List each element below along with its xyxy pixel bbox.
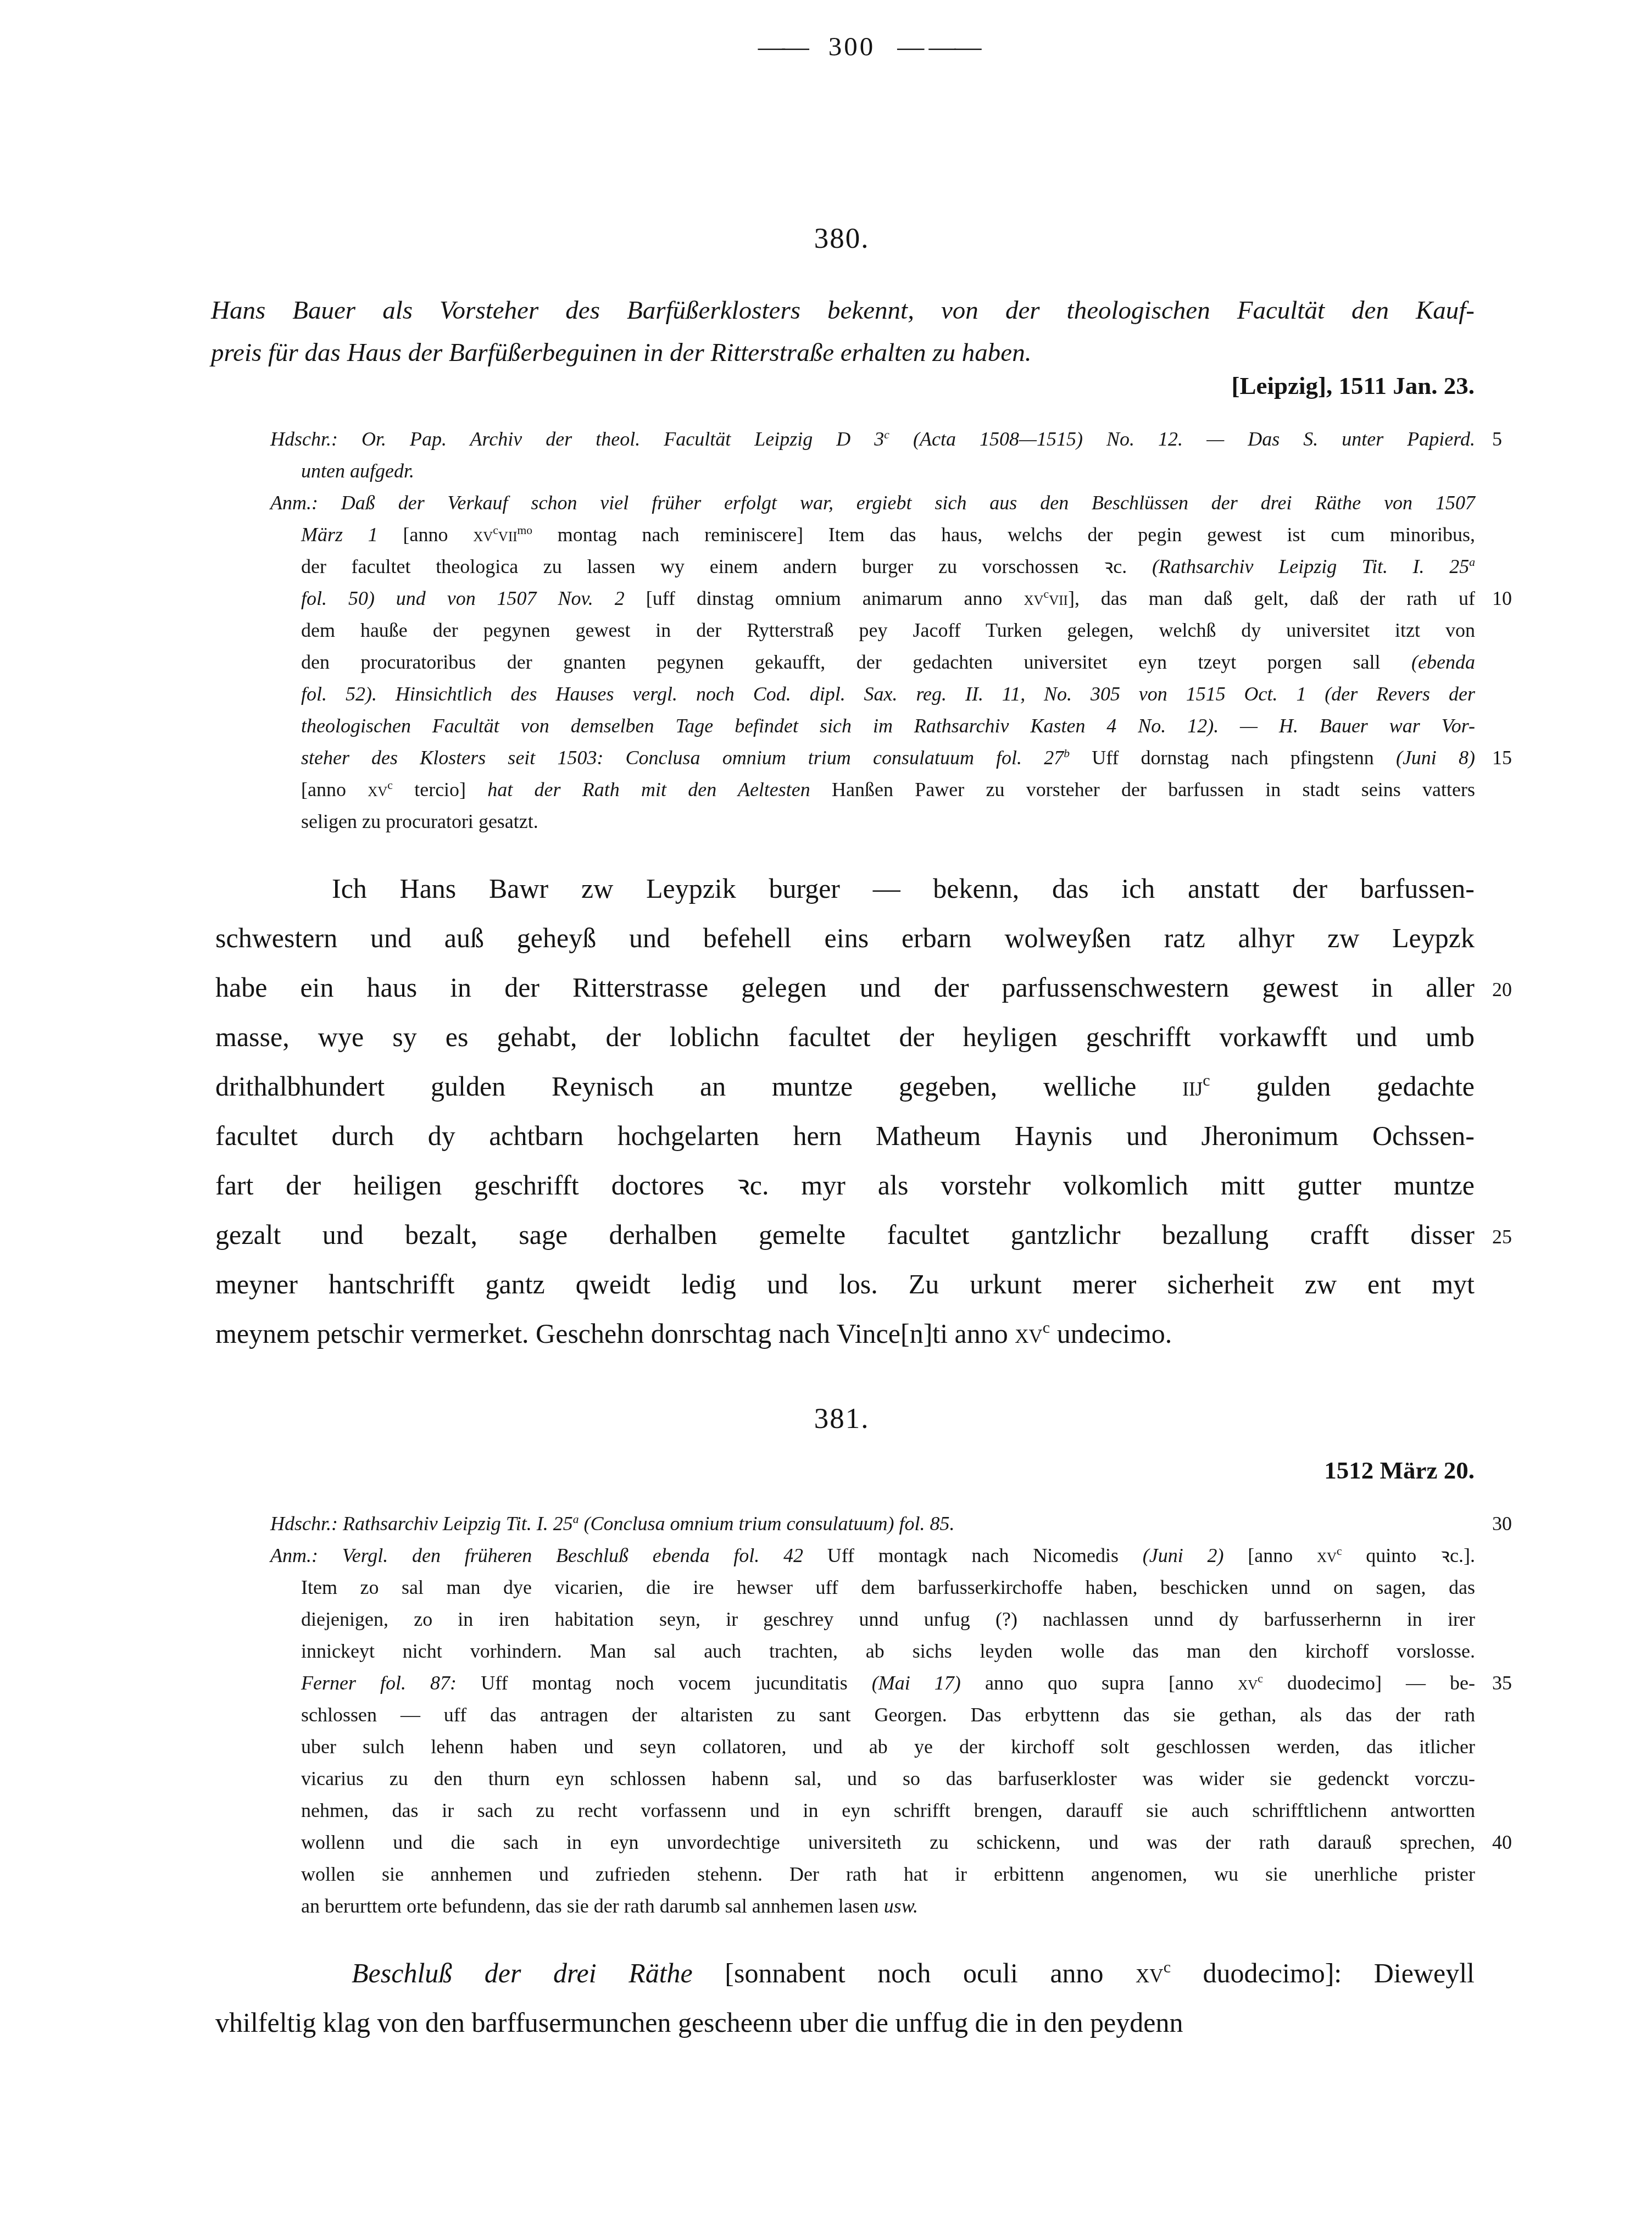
margin-line-number: 25 xyxy=(1492,1221,1542,1253)
margin-line-number: 30 xyxy=(1492,1508,1542,1540)
scanned-document-page: ——300— —— 380. Hans Bauer als Vorsteher … xyxy=(0,0,1652,2234)
margin-line-number: 20 xyxy=(1492,974,1542,1005)
margin-line-number: 35 xyxy=(1492,1667,1542,1699)
margin-line-number: 10 xyxy=(1492,582,1542,614)
margin-line-number: 40 xyxy=(1492,1826,1542,1858)
margin-line-number: 15 xyxy=(1492,742,1542,774)
margin-line-number: 5 xyxy=(1492,423,1542,455)
margin-line-numbers: 510152025303540 xyxy=(0,0,1652,2234)
